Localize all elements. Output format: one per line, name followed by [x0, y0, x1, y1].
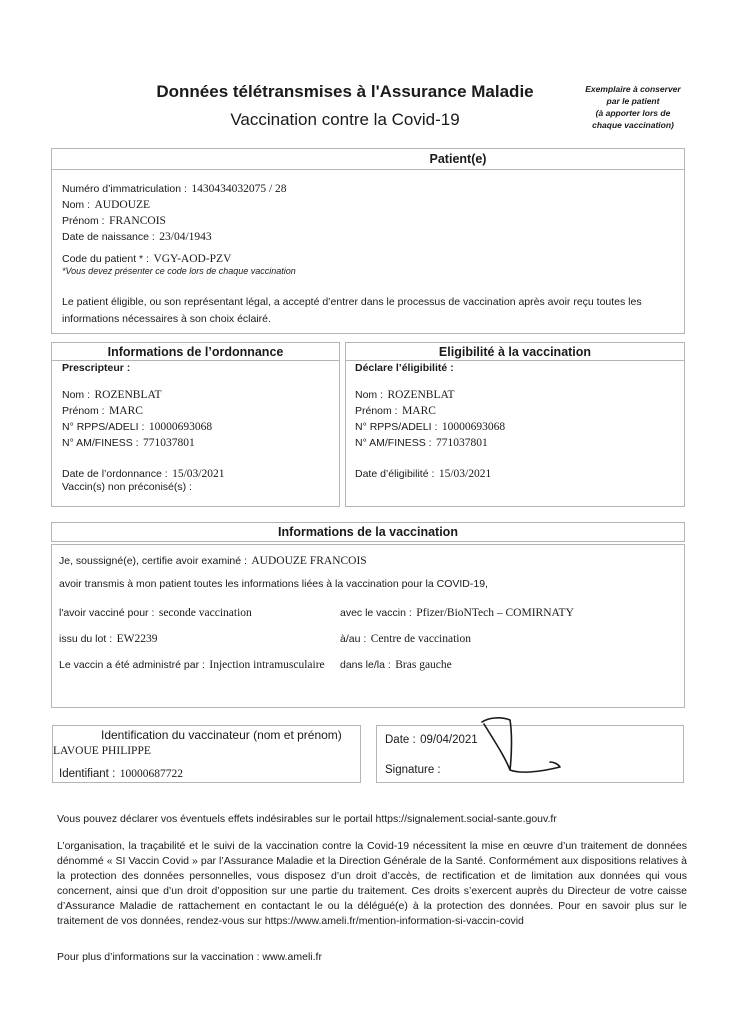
note-line: par le patient [578, 95, 688, 107]
eligibilite-section-title: Eligibilité à la vaccination [346, 343, 684, 361]
ord-nom-value: ROZENBLAT [94, 389, 161, 401]
pour-row: l'avoir vacciné pour : seconde vaccinati… [59, 603, 252, 621]
voie-label: Le vaccin a été administré par : [59, 659, 205, 671]
elig-finess-label: N° AM/FINESS : [355, 437, 432, 449]
vaccination-section-header: Informations de la vaccination [51, 522, 685, 542]
signature-scribble [470, 712, 580, 782]
ordonnance-section-title: Informations de l’ordonnance [52, 343, 339, 361]
vaccinateur-title: Identification du vaccinateur (nom et pr… [101, 728, 342, 742]
nom-value: AUDOUZE [94, 199, 150, 211]
date-label: Date : [385, 734, 416, 746]
consent-line-2: informations nécessaires à son choix écl… [62, 313, 271, 325]
naissance-value: 23/04/1943 [159, 231, 211, 243]
rgpd-paragraph: L’organisation, la traçabilité et le sui… [57, 839, 687, 929]
naissance-label: Date de naissance : [62, 231, 155, 243]
vaccination-section: Je, soussigné(e), certifie avoir examiné… [51, 544, 685, 708]
prenom-value: FRANCOIS [109, 215, 166, 227]
conservation-note: Exemplaire à conserver par le patient (à… [578, 83, 688, 131]
vaccin-row: avec le vaccin : Pfizer/BioNTech – COMIR… [340, 603, 574, 621]
vaccinateur-id-value: 10000687722 [120, 768, 183, 780]
ord-date-row: Date de l’ordonnance : 15/03/2021 [62, 464, 225, 482]
site-label: dans le/la : [340, 659, 391, 671]
ord-date-value: 15/03/2021 [172, 468, 224, 480]
code-row: Code du patient * : VGY-AOD-PZV [62, 249, 231, 267]
pour-value: seconde vaccination [159, 607, 252, 619]
naissance-row: Date de naissance : 23/04/1943 [62, 227, 212, 245]
ord-finess-row: N° AM/FINESS : 771037801 [62, 433, 195, 451]
vaccin-label: avec le vaccin : [340, 607, 412, 619]
vaccinateur-id-label: Identifiant : [59, 768, 115, 780]
transmis-text: avoir transmis à mon patient toutes les … [59, 578, 488, 590]
declare-label: Déclare l’éligibilité : [355, 362, 454, 374]
vaccinateur-name: LAVOUE PHILIPPE [53, 745, 151, 757]
patient-section-title: Patient(e) [52, 149, 684, 170]
code-note: *Vous devez présenter ce code lors de ch… [62, 266, 296, 276]
ordonnance-section: Informations de l’ordonnance Prescripteu… [51, 342, 340, 507]
elig-nom-label: Nom : [355, 389, 383, 401]
prescripteur-label: Prescripteur : [62, 362, 130, 374]
elig-prenom-value: MARC [402, 405, 436, 417]
elig-date-label: Date d’éligibilité : [355, 468, 434, 480]
lot-label: issu du lot : [59, 633, 112, 645]
elig-date-value: 15/03/2021 [439, 468, 491, 480]
ord-finess-label: N° AM/FINESS : [62, 437, 139, 449]
lieu-value: Centre de vaccination [371, 633, 471, 645]
vaccinateur-section: Identification du vaccinateur (nom et pr… [52, 725, 361, 783]
immatriculation-value: 1430434032075 / 28 [191, 183, 286, 195]
signature-label: Signature : [385, 764, 441, 776]
vaccination-section-title: Informations de la vaccination [52, 523, 684, 542]
note-line: Exemplaire à conserver [578, 83, 688, 95]
voie-value: Injection intramusculaire [209, 659, 324, 671]
ord-nom-label: Nom : [62, 389, 90, 401]
ord-finess-value: 771037801 [143, 437, 195, 449]
elig-prenom-label: Prénom : [355, 405, 398, 417]
elig-date-row: Date d’éligibilité : 15/03/2021 [355, 464, 491, 482]
note-line: chaque vaccination) [578, 119, 688, 131]
lieu-label: à/au : [340, 633, 366, 645]
site-value: Bras gauche [395, 659, 452, 671]
consent-line-1: Le patient éligible, ou son représentant… [62, 296, 642, 308]
ord-date-label: Date de l’ordonnance : [62, 468, 168, 480]
eligibilite-section: Eligibilité à la vaccination Déclare l’é… [345, 342, 685, 507]
ord-prenom-label: Prénom : [62, 405, 105, 417]
pour-label: l'avoir vacciné pour : [59, 607, 154, 619]
ord-rpps-value: 10000693068 [149, 421, 212, 433]
note-line: (à apporter lors de [578, 107, 688, 119]
vaccin-value: Pfizer/BioNTech – COMIRNATY [416, 607, 574, 619]
elig-rpps-label: N° RPPS/ADELI : [355, 421, 437, 433]
code-label: Code du patient * : [62, 253, 149, 265]
elig-finess-row: N° AM/FINESS : 771037801 [355, 433, 488, 451]
vaccinateur-id-row: Identifiant : 10000687722 [59, 764, 183, 782]
certifie-value: AUDOUZE FRANCOIS [251, 555, 366, 567]
site-row: dans le/la : Bras gauche [340, 655, 452, 673]
patient-section: Patient(e) Numéro d’immatriculation : 14… [51, 148, 685, 334]
immatriculation-label: Numéro d’immatriculation : [62, 183, 187, 195]
prenom-label: Prénom : [62, 215, 105, 227]
lieu-row: à/au : Centre de vaccination [340, 629, 471, 647]
effets-indesirables: Vous pouvez déclarer vos éventuels effet… [57, 813, 687, 825]
code-value: VGY-AOD-PZV [153, 253, 231, 265]
lot-row: issu du lot : EW2239 [59, 629, 157, 647]
elig-finess-value: 771037801 [436, 437, 488, 449]
lot-value: EW2239 [117, 633, 158, 645]
elig-nom-value: ROZENBLAT [387, 389, 454, 401]
certifie-label: Je, soussigné(e), certifie avoir examiné… [59, 555, 247, 567]
certifie-row: Je, soussigné(e), certifie avoir examiné… [59, 551, 367, 569]
nom-label: Nom : [62, 199, 90, 211]
non-preconise-label: Vaccin(s) non préconisé(s) : [62, 481, 192, 493]
voie-row: Le vaccin a été administré par : Injecti… [59, 655, 325, 673]
ord-rpps-label: N° RPPS/ADELI : [62, 421, 144, 433]
date-row: Date : 09/04/2021 [385, 730, 478, 748]
elig-rpps-value: 10000693068 [442, 421, 505, 433]
plus-info: Pour plus d’informations sur la vaccinat… [57, 951, 322, 963]
ord-prenom-value: MARC [109, 405, 143, 417]
